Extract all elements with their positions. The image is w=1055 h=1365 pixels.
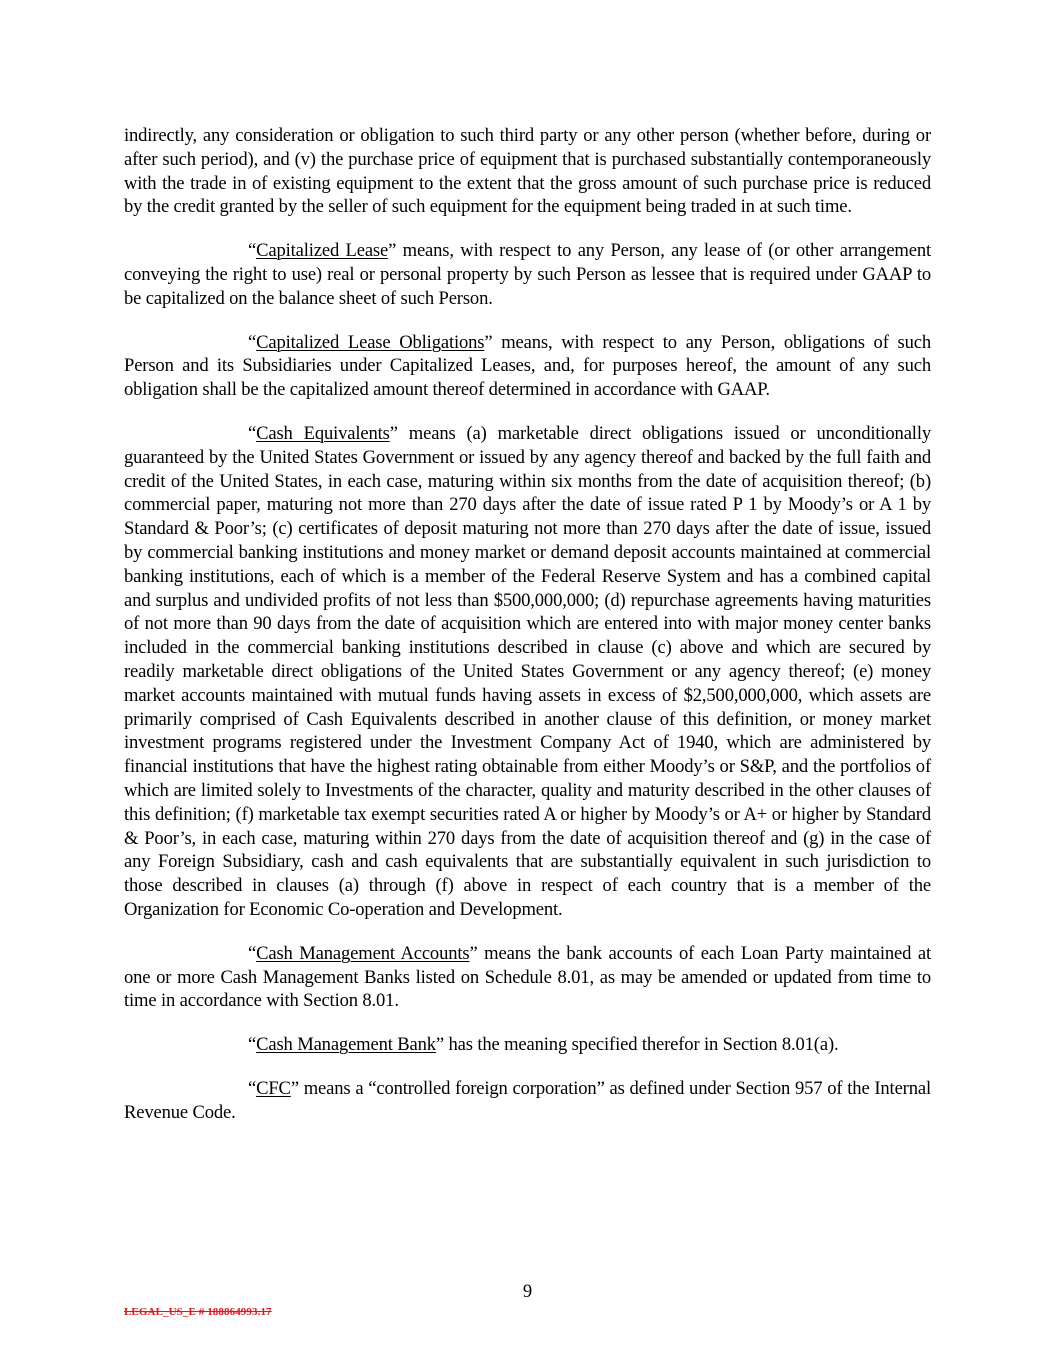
definition-text: has the meaning specified therefor in Se… [444,1034,838,1055]
definition-text: means, with respect to any Person, oblig… [124,332,931,401]
close-quote: ” [436,1034,444,1055]
definition-text: means (a) marketable direct obligations … [124,423,931,920]
definition-capitalized-lease: “Capitalized Lease” means, with respect … [124,239,931,310]
definition-text: means a “controlled foreign corporation”… [124,1078,931,1123]
defined-term: CFC [256,1078,291,1099]
open-quote: “ [248,943,256,964]
open-quote: “ [248,1078,256,1099]
definition-cash-management-accounts: “Cash Management Accounts” means the ban… [124,942,931,1013]
open-quote: “ [248,423,256,444]
document-id-footer: LEGAL_US_E # 188864993.17 [124,1306,272,1318]
defined-term: Capitalized Lease [256,240,388,261]
open-quote: “ [248,240,256,261]
open-quote: “ [248,332,256,353]
defined-term: Cash Management Bank [256,1034,436,1055]
page-body: indirectly, any consideration or obligat… [124,124,931,1144]
definition-cfc: “CFC” means a “controlled foreign corpor… [124,1077,931,1125]
defined-term: Cash Management Accounts [256,943,469,964]
close-quote: ” [291,1078,299,1099]
close-quote: ” [469,943,477,964]
defined-term: Capitalized Lease Obligations [256,332,484,353]
close-quote: ” [390,423,398,444]
defined-term: Cash Equivalents [256,423,390,444]
definition-capitalized-lease-obligations: “Capitalized Lease Obligations” means, w… [124,331,931,402]
definition-cash-equivalents: “Cash Equivalents” means (a) marketable … [124,422,931,922]
continuation-paragraph: indirectly, any consideration or obligat… [124,124,931,219]
definition-text: means the bank accounts of each Loan Par… [124,943,931,1012]
open-quote: “ [248,1034,256,1055]
definition-cash-management-bank: “Cash Management Bank” has the meaning s… [124,1033,931,1057]
definition-text: means, with respect to any Person, any l… [124,240,931,309]
page-number: 9 [0,1281,1055,1303]
